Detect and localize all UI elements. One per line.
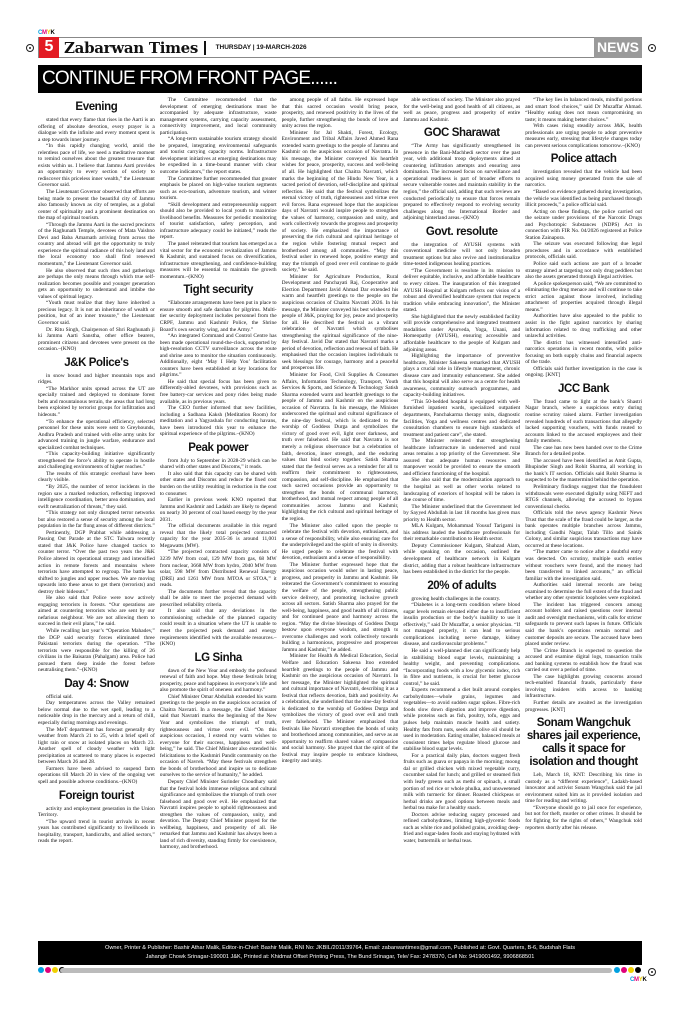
column-5: “The key lies in balanced meals, mindful… bbox=[525, 97, 642, 937]
article-headline: LG Sinha bbox=[160, 651, 277, 665]
article-paragraph: “The matter came to notice after a doubt… bbox=[525, 549, 642, 582]
article-paragraph: A police spokesperson said, “We are comm… bbox=[525, 281, 642, 314]
article-paragraph: “This 50-bedded hospital is equipped wit… bbox=[403, 399, 520, 438]
article-paragraph: from July to September in 2028-29 which … bbox=[160, 458, 277, 471]
column-1: Eveningstated that every flame that rise… bbox=[38, 97, 155, 937]
registration-mark-icon bbox=[648, 968, 656, 976]
imprint-line-1: Owner, Printer & Publisher: Bashir Athar… bbox=[38, 944, 642, 953]
article-paragraph: “This capacity-building initiative signi… bbox=[38, 451, 155, 471]
article-headline: 20% of adults bbox=[403, 579, 520, 593]
article-paragraph: “Skill development and entrepreneurship … bbox=[160, 202, 277, 241]
article-paragraph: He also observed that such rites and gat… bbox=[38, 268, 155, 301]
article-paragraph: The case has now been handed over to the… bbox=[525, 445, 642, 458]
article-paragraph: “The Government is resolute in its missi… bbox=[403, 268, 520, 314]
article-paragraph: Authorities said internal records are be… bbox=[525, 582, 642, 602]
black-dot-icon bbox=[635, 967, 641, 973]
article-paragraph: Authorities have also appealed to the pu… bbox=[525, 313, 642, 339]
article-paragraph: The accused have been identified as Amit… bbox=[525, 458, 642, 484]
article-paragraph: Pertinently, DGP Prabhat while addressin… bbox=[38, 530, 155, 595]
article-paragraph: For a practical daily plan, doctors sugg… bbox=[403, 753, 520, 812]
article-paragraph: Officials told the news agency Kashmir N… bbox=[525, 510, 642, 549]
article-paragraph: Highlighting the importance of preventiv… bbox=[403, 353, 520, 399]
article-paragraph: Deputy Commissioner Kulgam, Shahzad Alam… bbox=[403, 543, 520, 576]
article-paragraph: “By 2025, the number of terror incidents… bbox=[38, 484, 155, 510]
article-paragraph: “A long-term sustainable tourism strateg… bbox=[160, 136, 277, 175]
article-paragraph: “Everyone should go to jail once for exp… bbox=[525, 805, 642, 831]
article-paragraph: “To enhance the operational efficiency, … bbox=[38, 419, 155, 452]
article-paragraph: The MeT department has forecast generall… bbox=[38, 727, 155, 766]
article-paragraph: Minister for Jal Shakti, Forest, Ecology… bbox=[282, 130, 399, 274]
article-paragraph: The seizure was executed following due l… bbox=[525, 241, 642, 261]
section-tag: NEWS bbox=[594, 37, 642, 58]
article-paragraph: He said a well-planned diet can signific… bbox=[403, 648, 520, 687]
registration-mark-icon bbox=[26, 44, 34, 52]
magenta-dot-icon bbox=[621, 967, 627, 973]
article-paragraph: investigation revealed that the vehicle … bbox=[525, 169, 642, 189]
masthead: 5 Zabarwan Times THURSDAY | 19-MARCH-202… bbox=[38, 37, 642, 58]
article-paragraph: The case highlights growing concerns aro… bbox=[525, 674, 642, 700]
article-paragraph: MLA Kulgam, Mohammad Yousuf Tarigami in … bbox=[403, 523, 520, 543]
yellow-dot-icon bbox=[52, 967, 58, 973]
dateline: THURSDAY | 19-MARCH-2026 bbox=[216, 44, 307, 51]
cyan-dot-icon bbox=[614, 967, 620, 973]
article-paragraph: Minister for Food, Civil Supplies & Cons… bbox=[282, 372, 399, 523]
article-paragraph: Leh, March 18, KNT: Describing his time … bbox=[525, 772, 642, 805]
article-paragraph: “The Markhor units spread across the UT … bbox=[38, 386, 155, 419]
article-paragraph: It also said that this capacity can be s… bbox=[160, 471, 277, 497]
article-paragraph: Acting on these findings, the police car… bbox=[525, 209, 642, 242]
magenta-dot-icon bbox=[45, 967, 51, 973]
article-paragraph: Officials said further investigation in … bbox=[525, 366, 642, 379]
article-paragraph: The Minister further expressed hope that… bbox=[282, 562, 399, 654]
article-paragraph: With cases rising steadily across J&K, h… bbox=[525, 123, 642, 149]
column-4: able sections of society. The Minister a… bbox=[403, 97, 520, 937]
color-bar-dots-right bbox=[614, 967, 641, 973]
article-headline: Foreign tourist bbox=[38, 789, 155, 803]
article-headline: JCC Bank bbox=[525, 382, 642, 396]
banner-title: CONTINUE FROM FRONT PAGE...... bbox=[42, 68, 337, 90]
article-paragraph: “Elaborate arrangements have been put in… bbox=[160, 300, 277, 333]
article-paragraph: He also said that Police were now active… bbox=[38, 595, 155, 628]
article-headline: Day 4: Snow bbox=[38, 677, 155, 691]
article-headline: Tight security bbox=[160, 283, 277, 297]
article-paragraph: “In this rapidly changing world, amid th… bbox=[38, 143, 155, 189]
article-paragraph: Further details are awaited as the inves… bbox=[525, 700, 642, 713]
article-paragraph: “Through the Jammu Aarti in the sacred p… bbox=[38, 222, 155, 268]
article-headline: Sonam Wangchuk shares jail experience, c… bbox=[525, 717, 642, 769]
article-paragraph: The CEO further informed that new facili… bbox=[160, 405, 277, 438]
section-banner: CONTINUE FROM FRONT PAGE...... bbox=[38, 65, 642, 93]
article-paragraph: The Committee recommended that the devel… bbox=[160, 97, 277, 136]
article-paragraph: Deputy Chief Minister Surinder Choudhary… bbox=[160, 779, 277, 851]
article-paragraph: The Lieutenant Governor observed that ef… bbox=[38, 189, 155, 222]
article-paragraph: The incident has triggered concern among… bbox=[525, 602, 642, 648]
article-paragraph: Farmers have been advised to suspend far… bbox=[38, 766, 155, 786]
article-headline: Evening bbox=[38, 100, 155, 114]
article-headline: Peak power bbox=[160, 441, 277, 455]
article-paragraph: “The key lies in balanced meals, mindful… bbox=[525, 97, 642, 123]
article-paragraph: “The Army has significantly strengthened… bbox=[403, 143, 520, 222]
color-bar bbox=[60, 968, 612, 973]
cmyk-marker-bottom: CMYK bbox=[630, 977, 647, 983]
article-paragraph: Chief Minister Omar Abdullah extended hi… bbox=[160, 694, 277, 779]
article-paragraph: Dr. Ritu Singh, Chairperson of Shri Ragh… bbox=[38, 327, 155, 353]
newspaper-name: Zabarwan Times bbox=[64, 39, 198, 57]
article-paragraph: The Minister reiterated that strengtheni… bbox=[403, 438, 520, 477]
imprint-footer: Owner, Printer & Publisher: Bashir Athar… bbox=[38, 941, 642, 965]
cyan-dot-icon bbox=[38, 967, 44, 973]
article-paragraph: “An integrated Command and Control Centr… bbox=[160, 333, 277, 379]
article-paragraph: stated that every flame that rises in th… bbox=[38, 117, 155, 143]
article-headline: Police attach bbox=[525, 152, 642, 166]
article-paragraph: “The projected contracted capacity consi… bbox=[160, 549, 277, 588]
article-paragraph: While recalling last year’s “Operation M… bbox=[38, 628, 155, 674]
cmyk-marker-top: CMYK bbox=[38, 30, 55, 36]
article-paragraph: The Crime Branch is expected to question… bbox=[525, 648, 642, 674]
yellow-dot-icon bbox=[628, 967, 634, 973]
article-paragraph: He said that special focus has been give… bbox=[160, 379, 277, 405]
article-paragraph: Police said such actions are part of a b… bbox=[525, 261, 642, 281]
divider bbox=[204, 41, 206, 55]
article-paragraph: “Diabetes is a long-term condition where… bbox=[403, 602, 520, 648]
article-paragraph: The panel reiterated that tourism has em… bbox=[160, 241, 277, 280]
article-paragraph: The fraud came to light at the bank’s Sh… bbox=[525, 399, 642, 445]
article-paragraph: The Minister also called upon the people… bbox=[282, 523, 399, 562]
article-paragraph: The district has witnessed intensified a… bbox=[525, 340, 642, 366]
article-paragraph: among people of all faiths. He expressed… bbox=[282, 97, 399, 130]
article-paragraph: dawn of the New Year and embody the prof… bbox=[160, 668, 277, 694]
article-paragraph: able sections of society. The Minister a… bbox=[403, 97, 520, 123]
article-paragraph: “Youth must realize that they have inher… bbox=[38, 300, 155, 326]
article-paragraph: The Minister underlined that the Governm… bbox=[403, 504, 520, 524]
registration-mark-icon bbox=[648, 44, 656, 52]
article-headline: GOC Sharawat bbox=[403, 126, 520, 140]
article-paragraph: Minister for Agriculture Production, Rur… bbox=[282, 274, 399, 372]
article-paragraph: activity and employment generation in th… bbox=[38, 806, 155, 819]
article-columns: Eveningstated that every flame that rise… bbox=[38, 97, 642, 937]
article-paragraph: The documents further reveal that the ca… bbox=[160, 589, 277, 609]
article-paragraph: It also said that any deviations in the … bbox=[160, 608, 277, 647]
article-paragraph: Minister for Health & Medical Education,… bbox=[282, 653, 399, 764]
article-paragraph: She highlighted that the newly establish… bbox=[403, 314, 520, 353]
article-paragraph: The results of this strategic overhaul h… bbox=[38, 471, 155, 484]
article-paragraph: Earlier in previous week KNO reported th… bbox=[160, 497, 277, 523]
column-2: The Committee recommended that the devel… bbox=[160, 97, 277, 937]
article-paragraph: the integration of AYUSH systems with co… bbox=[403, 242, 520, 268]
page-number: 5 bbox=[39, 37, 59, 58]
article-headline: Govt. resolute bbox=[403, 225, 520, 239]
article-paragraph: The Committee further recommended that g… bbox=[160, 176, 277, 202]
article-paragraph: “Based on evidence gathered during inves… bbox=[525, 189, 642, 209]
article-paragraph: The official documents available in this… bbox=[160, 523, 277, 549]
article-paragraph: She also said that the modernization app… bbox=[403, 477, 520, 503]
article-paragraph: “This strategy not only disrupted terror… bbox=[38, 510, 155, 530]
article-paragraph: Doctors advise reducing sugary processed… bbox=[403, 812, 520, 845]
article-paragraph: Experts recommend a diet built around co… bbox=[403, 687, 520, 752]
article-paragraph: “The upward trend in tourist arrivals in… bbox=[38, 819, 155, 845]
article-paragraph: Day temperatures across the Valley remai… bbox=[38, 700, 155, 726]
article-headline: J&K Police's bbox=[38, 356, 155, 370]
column-3: among people of all faiths. He expressed… bbox=[282, 97, 399, 937]
article-paragraph: Preliminary findings suggest that the fr… bbox=[525, 484, 642, 510]
article-paragraph: in snow bound and higher mountain tops a… bbox=[38, 373, 155, 386]
imprint-line-2: Jahangir Chowk Srinagar-190001 J&K, Prin… bbox=[38, 953, 642, 962]
